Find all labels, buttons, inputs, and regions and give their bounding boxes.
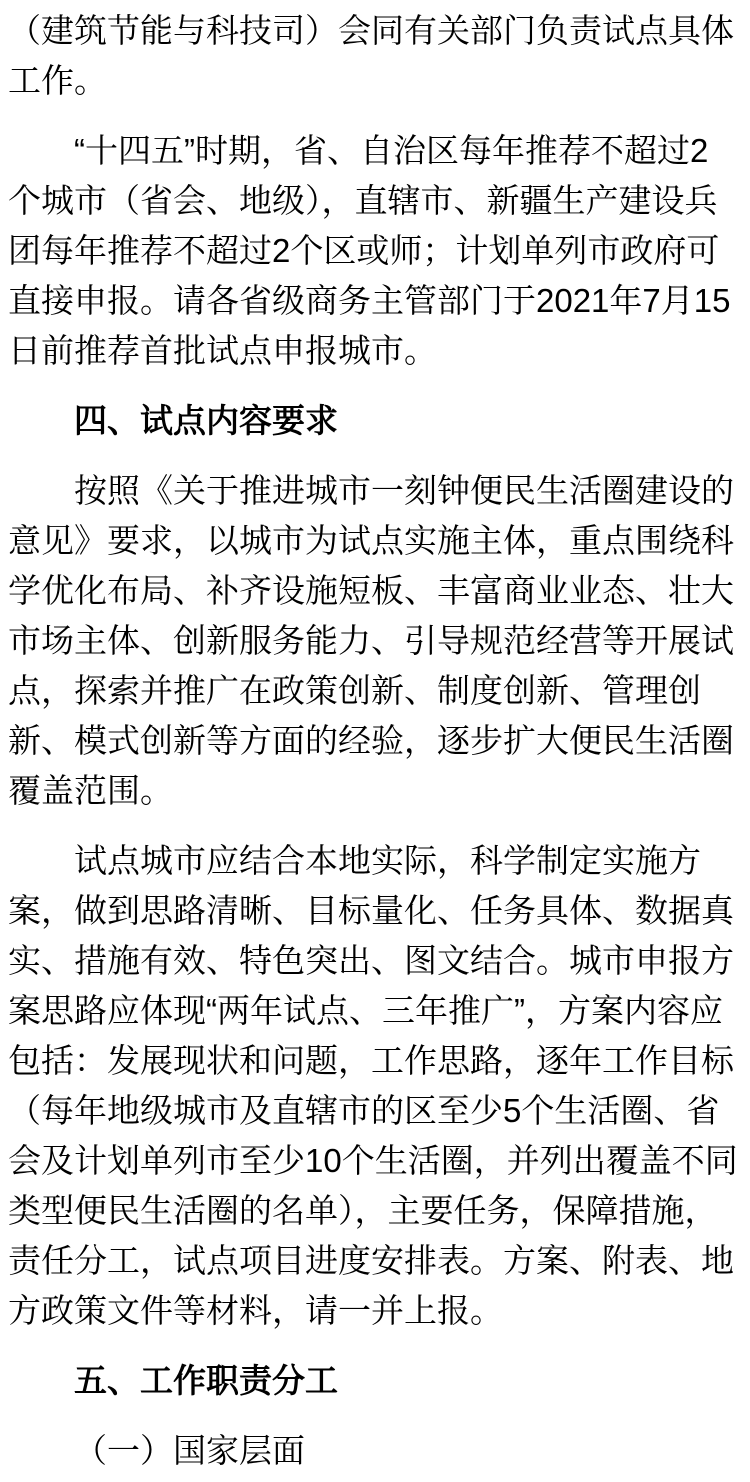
text-line: 案，做到思路清晰、目标量化、任务具体、数据真	[8, 886, 742, 936]
text-line: 案思路应体现“两年试点、三年推广”，方案内容应	[8, 986, 742, 1036]
text-line: 覆盖范围。	[8, 766, 742, 816]
text-line: 包括：发展现状和问题，工作思路，逐年工作目标	[8, 1036, 742, 1086]
document-page: （建筑节能与科技司）会同有关部门负责试点具体 工作。 “十四五”时期，省、自治区…	[0, 0, 750, 1482]
text-line: 试点城市应结合本地实际，科学制定实施方	[8, 836, 742, 886]
text-line: 个城市（省会、地级），直辖市、新疆生产建设兵	[8, 176, 742, 226]
paragraph-implementation-plan: 试点城市应结合本地实际，科学制定实施方 案，做到思路清晰、目标量化、任务具体、数…	[8, 836, 742, 1336]
text-line: 实、措施有效、特色突出、图文结合。城市申报方	[8, 936, 742, 986]
text-line: 责任分工，试点项目进度安排表。方案、附表、地	[8, 1236, 742, 1286]
text-line: （每年地级城市及直辖市的区至少5个生活圈、省	[8, 1086, 742, 1136]
text-line: 工作。	[8, 56, 742, 106]
section-heading-pilot-content-requirements: 四、试点内容要求	[8, 396, 742, 446]
paragraph-continuation: （建筑节能与科技司）会同有关部门负责试点具体 工作。	[8, 6, 742, 106]
text-line: 会及计划单列市至少10个生活圈，并列出覆盖不同	[8, 1136, 742, 1186]
text-line: 点，探索并推广在政策创新、制度创新、管理创	[8, 666, 742, 716]
paragraph-recommendation-quota: “十四五”时期，省、自治区每年推荐不超过2 个城市（省会、地级），直辖市、新疆生…	[8, 126, 742, 376]
text-line: 意见》要求，以城市为试点实施主体，重点围绕科	[8, 516, 742, 566]
text-line: 学优化布局、补齐设施短板、丰富商业业态、壮大	[8, 566, 742, 616]
text-line: 团每年推荐不超过2个区或师；计划单列市政府可	[8, 226, 742, 276]
subsection-heading-national-level: （一）国家层面	[8, 1426, 742, 1476]
text-line: “十四五”时期，省、自治区每年推荐不超过2	[8, 126, 742, 176]
text-line: 按照《关于推进城市一刻钟便民生活圈建设的	[8, 466, 742, 516]
text-line: 类型便民生活圈的名单），主要任务，保障措施，	[8, 1186, 742, 1236]
section-heading-work-responsibilities: 五、工作职责分工	[8, 1356, 742, 1406]
text-line: 日前推荐首批试点申报城市。	[8, 326, 742, 376]
paragraph-pilot-scope: 按照《关于推进城市一刻钟便民生活圈建设的 意见》要求，以城市为试点实施主体，重点…	[8, 466, 742, 816]
text-line: 直接申报。请各省级商务主管部门于2021年7月15	[8, 276, 742, 326]
text-line: 方政策文件等材料，请一并上报。	[8, 1286, 742, 1336]
text-line: 新、模式创新等方面的经验，逐步扩大便民生活圈	[8, 716, 742, 766]
text-line: （建筑节能与科技司）会同有关部门负责试点具体	[8, 6, 742, 56]
text-line: 市场主体、创新服务能力、引导规范经营等开展试	[8, 616, 742, 666]
